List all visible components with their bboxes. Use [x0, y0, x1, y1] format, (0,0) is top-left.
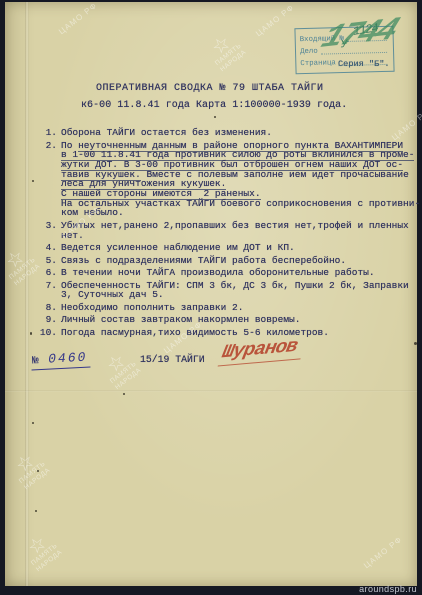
series-label: Серия "Б". — [338, 59, 390, 69]
handwritten-doc-number: № 0460 — [31, 347, 91, 370]
report-item: 7.Обеспеченность ТАЙГИ: СПМ 3 бк, ДС 3 б… — [36, 281, 414, 300]
report-item: 1.Оборона ТАЙГИ остается без изменения. — [36, 128, 414, 138]
report-item: 9.Личный состав завтраком накормлен вовр… — [36, 315, 414, 325]
camo-watermark: ЦАМО РФ — [362, 535, 404, 570]
pamyat-naroda-watermark: ☆ ПАМЯТЬ НАРОДА — [198, 25, 253, 78]
item-text: Убитых нет,ранено 2,пропавших без вестия… — [61, 221, 414, 240]
item-text: Ведется усиленное наблюдение им ДОТ и КП… — [61, 243, 414, 253]
report-item: 5.Связь с подразделениями ТАЙГИ работа б… — [36, 256, 414, 266]
item-text: Погода пасмурная,тихо видимость 5-6 кило… — [61, 328, 414, 338]
report-title: ОПЕРАТИВНАЯ СВОДКА № 79 ШТАБА ТАЙГИ — [96, 83, 324, 94]
report-item: 3.Убитых нет,ранено 2,пропавших без вест… — [36, 221, 414, 240]
scan-background: Входящий № Дело Страница 1124 У 1744 Сер… — [0, 0, 422, 595]
number-sign: № — [32, 355, 39, 367]
item-number: 7. — [36, 281, 57, 300]
doc-number-value: 0460 — [48, 350, 88, 367]
item-text: Обеспеченность ТАЙГИ: СПМ 3 бк, ДС 3 бк,… — [61, 281, 414, 300]
item-text: В течении ночи ТАЙГА производила оборони… — [61, 268, 414, 278]
document-scan: { "watermarks": { "camo": "ЦАМО РФ", "pa… — [0, 0, 422, 595]
item-text: По неуточненным данным в районе опорного… — [61, 141, 420, 219]
item-number: 8. — [36, 303, 57, 313]
item-text: Оборона ТАЙГИ остается без изменения. — [61, 128, 414, 138]
item-number: 1. — [36, 128, 57, 138]
item-text: Личный состав завтраком накормлен воврем… — [61, 315, 414, 325]
addressee-line: 15/19 ТАЙГИ — [140, 354, 205, 365]
report-items: 1.Оборона ТАЙГИ остается без изменения.2… — [36, 128, 414, 340]
report-item: 10.Погода пасмурная,тихо видимость 5-6 к… — [36, 328, 414, 338]
camo-watermark: ЦАМО РФ — [254, 3, 296, 38]
paper-specks — [5, 2, 6, 3]
site-credit: aroundspb.ru — [359, 584, 417, 594]
report-item: 8.Необходимо пополнить заправки 2. — [36, 303, 414, 313]
paper-sheet: Входящий № Дело Страница 1124 У 1744 Сер… — [5, 2, 417, 586]
report-item: 6.В течении ночи ТАЙГА производила оборо… — [36, 268, 414, 278]
camo-watermark: ЦАМО РФ — [57, 1, 99, 36]
paper-crease-horizontal — [5, 390, 417, 392]
item-text: Необходимо пополнить заправки 2. — [61, 303, 414, 313]
item-number: 2. — [36, 141, 57, 219]
item-number: 10. — [36, 328, 57, 338]
stamp-field3-label: Страница — [300, 59, 336, 68]
item-number: 9. — [36, 315, 57, 325]
paper-crease-vertical — [25, 2, 29, 586]
pamyat-naroda-watermark: ☆ ПАМЯТЬ НАРОДА — [2, 443, 57, 496]
item-number: 3. — [36, 221, 57, 240]
item-text: Связь с подразделениями ТАЙГИ работа бес… — [61, 256, 414, 266]
item-number: 4. — [36, 243, 57, 253]
report-item: 4.Ведется усиленное наблюдение им ДОТ и … — [36, 243, 414, 253]
pamyat-naroda-watermark: ☆ ПАМЯТЬ НАРОДА — [14, 525, 69, 578]
pamyat-naroda-watermark: ☆ ПАМЯТЬ НАРОДА — [93, 343, 148, 396]
report-subtitle: к6-00 11.8.41 года Карта 1:100000-1939 г… — [81, 100, 347, 111]
